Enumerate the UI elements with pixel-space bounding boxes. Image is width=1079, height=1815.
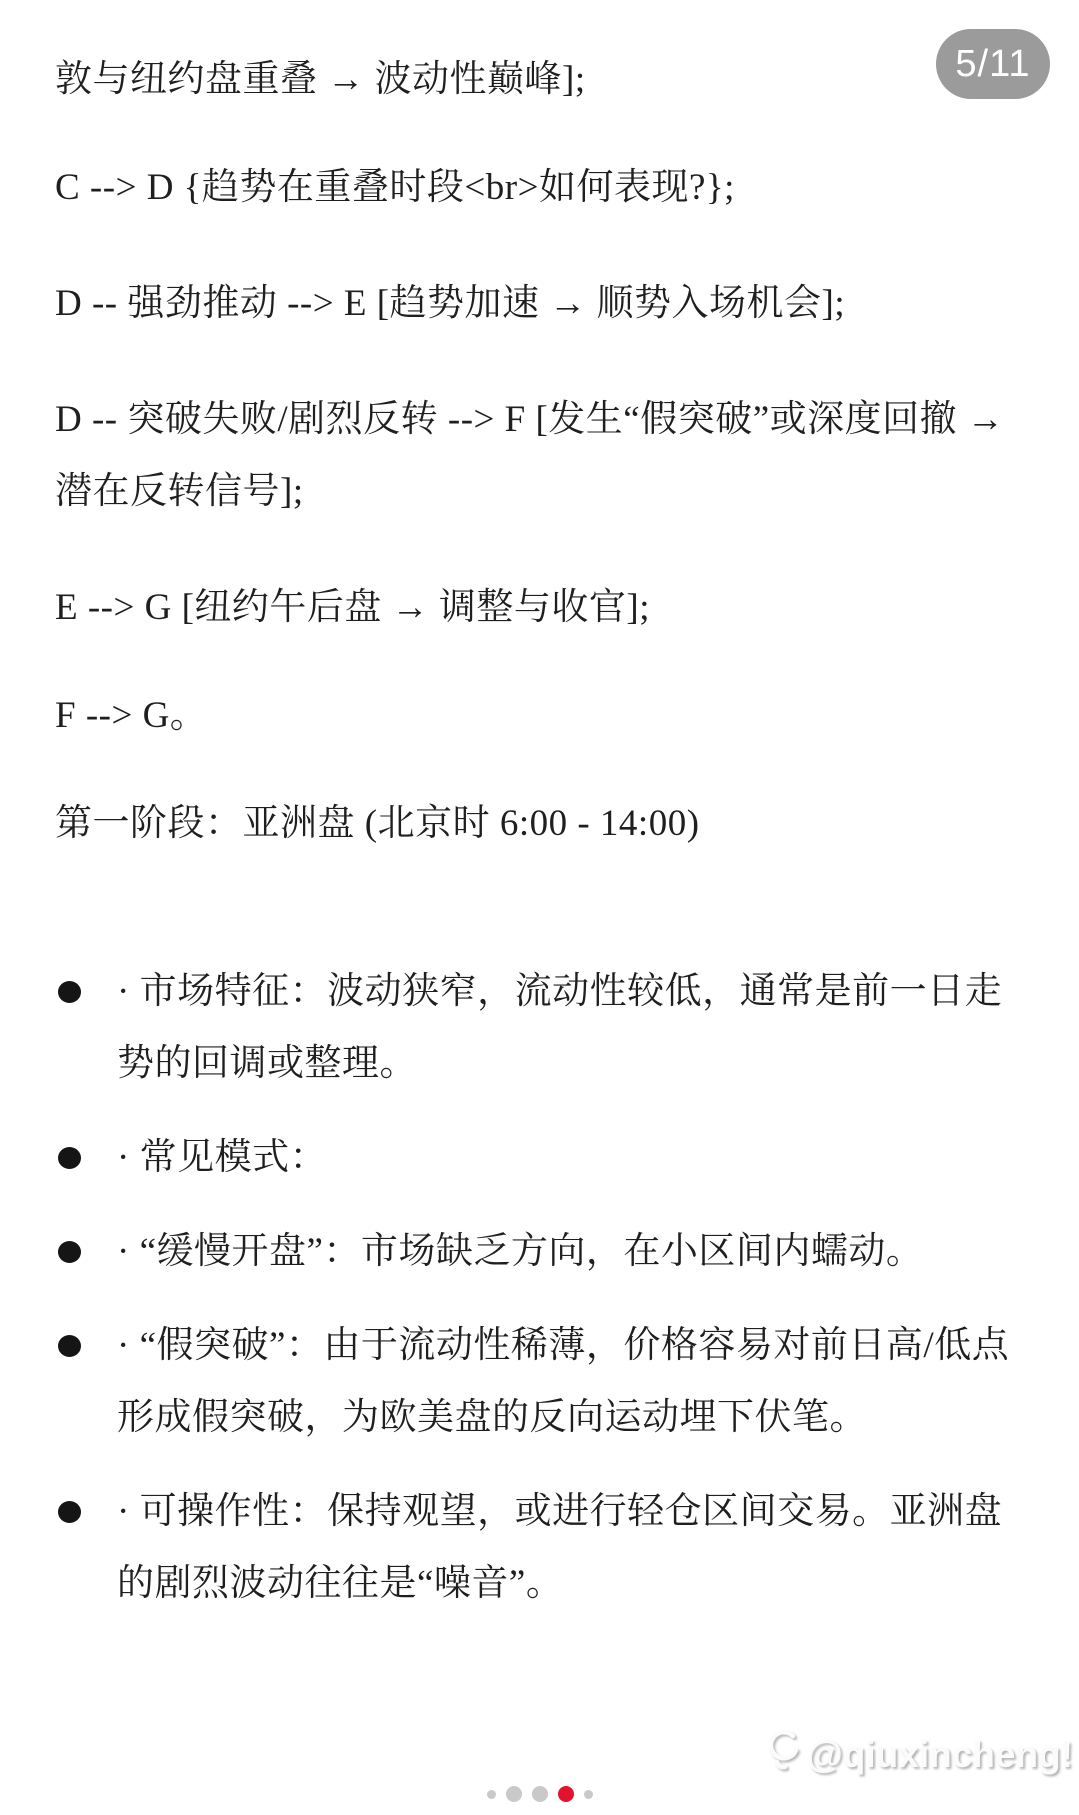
paragraph: F --> G。 <box>55 680 1037 752</box>
paragraph: 敦与纽约盘重叠 → 波动性巅峰]; <box>55 44 1037 116</box>
watermark-handle: @qiuxincheng! <box>807 1734 1073 1776</box>
document-body: 敦与纽约盘重叠 → 波动性巅峰]; C --> D {趋势在重叠时段<br>如何… <box>55 44 1037 1642</box>
bullet-text: · 常见模式： <box>117 1122 1037 1194</box>
bullet-text: · 市场特征：波动狭窄，流动性较低，通常是前一日走势的回调或整理。 <box>117 956 1037 1100</box>
bullet-text: · 可操作性：保持观望，或进行轻仓区间交易。亚洲盘的剧烈波动往往是“噪音”。 <box>117 1476 1037 1620</box>
bullet-text: · “假突破”：由于流动性稀薄，价格容易对前日高/低点形成假突破，为欧美盘的反向… <box>117 1310 1037 1454</box>
list-item: · 可操作性：保持观望，或进行轻仓区间交易。亚洲盘的剧烈波动往往是“噪音”。 <box>55 1476 1037 1620</box>
pagination-dot[interactable] <box>487 1790 496 1799</box>
bullet-text: · “缓慢开盘”：市场缺乏方向，在小区间内蠕动。 <box>117 1216 1037 1288</box>
bullet-marker-icon <box>55 1122 117 1169</box>
list-item: · “缓慢开盘”：市场缺乏方向，在小区间内蠕动。 <box>55 1216 1037 1288</box>
bullet-marker-icon <box>55 1310 117 1357</box>
paragraph: D -- 突破失败/剧烈反转 --> F [发生“假突破”或深度回撤 → 潜在反… <box>55 384 1037 528</box>
paragraph: D -- 强劲推动 --> E [趋势加速 → 顺势入场机会]; <box>55 268 1037 340</box>
bullet-marker-icon <box>55 1216 117 1263</box>
bullet-list: · 市场特征：波动狭窄，流动性较低，通常是前一日走势的回调或整理。 · 常见模式… <box>55 956 1037 1620</box>
pagination-dot[interactable] <box>584 1790 593 1799</box>
pagination-dot[interactable] <box>532 1786 548 1802</box>
list-item: · “假突破”：由于流动性稀薄，价格容易对前日高/低点形成假突破，为欧美盘的反向… <box>55 1310 1037 1454</box>
bullet-marker-icon <box>55 1476 117 1523</box>
watermark: @qiuxincheng! <box>763 1728 1073 1781</box>
watermark-logo-icon <box>763 1728 803 1781</box>
paragraph: E --> G [纽约午后盘 → 调整与收官]; <box>55 572 1037 644</box>
pagination-dot-active[interactable] <box>558 1786 574 1802</box>
pagination-dot[interactable] <box>506 1786 522 1802</box>
list-item: · 市场特征：波动狭窄，流动性较低，通常是前一日走势的回调或整理。 <box>55 956 1037 1100</box>
pagination <box>0 1786 1079 1802</box>
section-heading: 第一阶段：亚洲盘 (北京时 6:00 - 14:00) <box>55 788 1037 860</box>
paragraph: C --> D {趋势在重叠时段<br>如何表现?}; <box>55 152 1037 224</box>
list-item: · 常见模式： <box>55 1122 1037 1194</box>
bullet-marker-icon <box>55 956 117 1003</box>
